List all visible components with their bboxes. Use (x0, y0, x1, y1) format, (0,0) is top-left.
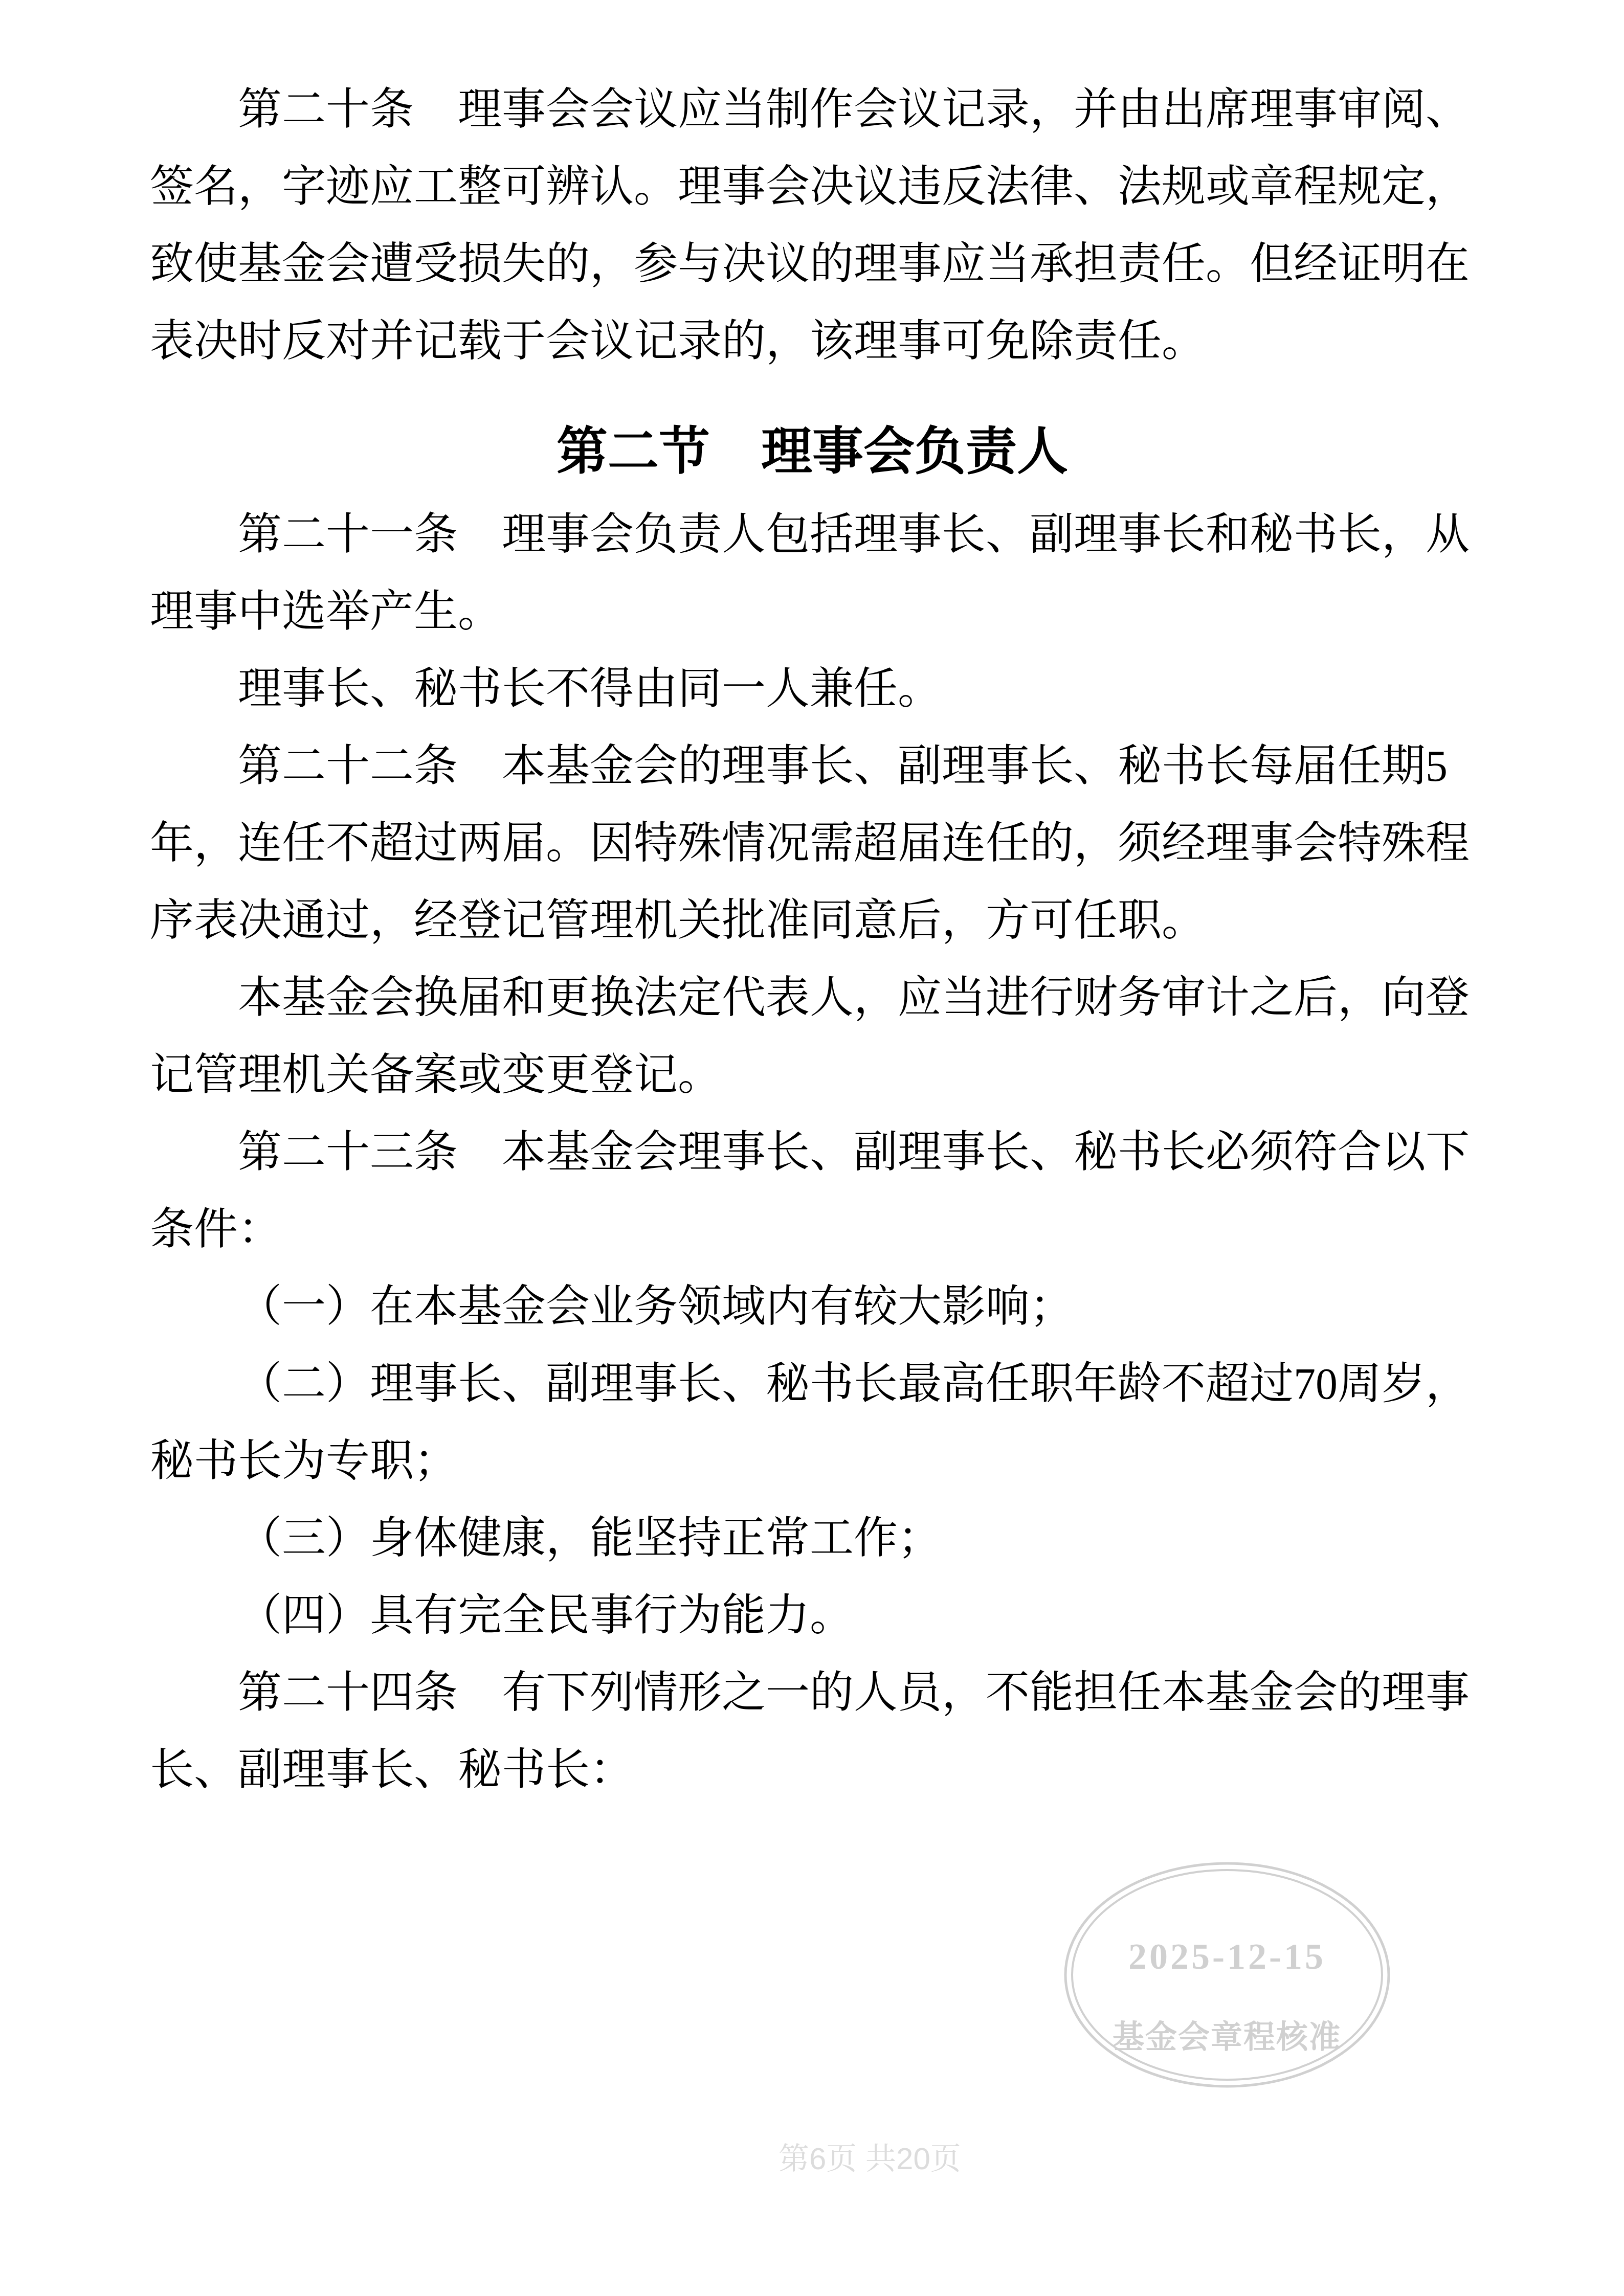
paragraph: （四）具有完全民事行为能力。 (150, 1577, 1475, 1654)
document-body: 第二十条 理事会会议应当制作会议记录，并由出席理事审阅、签名，字迹应工整可辨认。… (150, 71, 1475, 1809)
text-line: 长、副理事长、秘书长： (150, 1731, 1475, 1809)
text-line: （二）理事长、副理事长、秘书长最高任职年龄不超过70周岁， (150, 1345, 1475, 1423)
stamp-label: 基金会章程核准 (1058, 2019, 1396, 2057)
paragraph: 本基金会换届和更换法定代表人，应当进行财务审计之后，向登记管理机关备案或变更登记… (150, 959, 1475, 1114)
paragraph: （二）理事长、副理事长、秘书长最高任职年龄不超过70周岁，秘书长为专职； (150, 1345, 1475, 1500)
text-line: 第二十三条 本基金会理事长、副理事长、秘书长必须符合以下 (150, 1114, 1475, 1191)
paragraph: 第二十二条 本基金会的理事长、副理事长、秘书长每届任期5年，连任不超过两届。因特… (150, 728, 1475, 959)
text-line: 第二十一条 理事会负责人包括理事长、副理事长和秘书长，从 (150, 496, 1475, 573)
text-line: 理事长、秘书长不得由同一人兼任。 (150, 650, 1475, 728)
text-line: 签名，字迹应工整可辨认。理事会决议违反法律、法规或章程规定， (150, 148, 1475, 226)
stamp-date: 2025-12-15 (1058, 1934, 1396, 1978)
text-line: （四）具有完全民事行为能力。 (150, 1577, 1475, 1654)
text-line: 本基金会换届和更换法定代表人，应当进行财务审计之后，向登 (150, 959, 1475, 1037)
paragraph: （一）在本基金会业务领域内有较大影响； (150, 1268, 1475, 1345)
paragraph: 第二十一条 理事会负责人包括理事长、副理事长和秘书长，从理事中选举产生。 (150, 496, 1475, 650)
text-line: 第二十二条 本基金会的理事长、副理事长、秘书长每届任期5 (150, 728, 1475, 805)
text-line: 秘书长为专职； (150, 1423, 1475, 1500)
page-footer: 第6页 共20页 (778, 2141, 961, 2177)
section-heading: 第二节 理事会负责人 (150, 411, 1475, 493)
paragraph: 第二十四条 有下列情形之一的人员，不能担任本基金会的理事长、副理事长、秘书长： (150, 1654, 1475, 1809)
text-line: （三）身体健康，能坚持正常工作； (150, 1500, 1475, 1577)
text-line: 致使基金会遭受损失的，参与决议的理事应当承担责任。但经证明在 (150, 226, 1475, 303)
text-line: 第二十四条 有下列情形之一的人员，不能担任本基金会的理事 (150, 1654, 1475, 1731)
document-page: 第二十条 理事会会议应当制作会议记录，并由出席理事审阅、签名，字迹应工整可辨认。… (0, 0, 1624, 2296)
text-line: 理事中选举产生。 (150, 573, 1475, 650)
paragraph: （三）身体健康，能坚持正常工作； (150, 1500, 1475, 1577)
text-line: 表决时反对并记载于会议记录的，该理事可免除责任。 (150, 303, 1475, 380)
text-line: 第二十条 理事会会议应当制作会议记录，并由出席理事审阅、 (150, 71, 1475, 148)
text-line: 年，连任不超过两届。因特殊情况需超届连任的，须经理事会特殊程 (150, 805, 1475, 882)
text-line: 条件： (150, 1191, 1475, 1268)
text-line: 记管理机关备案或变更登记。 (150, 1037, 1475, 1114)
paragraph: 第二十三条 本基金会理事长、副理事长、秘书长必须符合以下条件： (150, 1114, 1475, 1268)
text-line: 序表决通过，经登记管理机关批准同意后，方可任职。 (150, 882, 1475, 959)
paragraph: 理事长、秘书长不得由同一人兼任。 (150, 650, 1475, 728)
paragraph: 第二十条 理事会会议应当制作会议记录，并由出席理事审阅、签名，字迹应工整可辨认。… (150, 71, 1475, 380)
approval-stamp: 2025-12-15 基金会章程核准 (1058, 1855, 1396, 2095)
text-line: （一）在本基金会业务领域内有较大影响； (150, 1268, 1475, 1345)
